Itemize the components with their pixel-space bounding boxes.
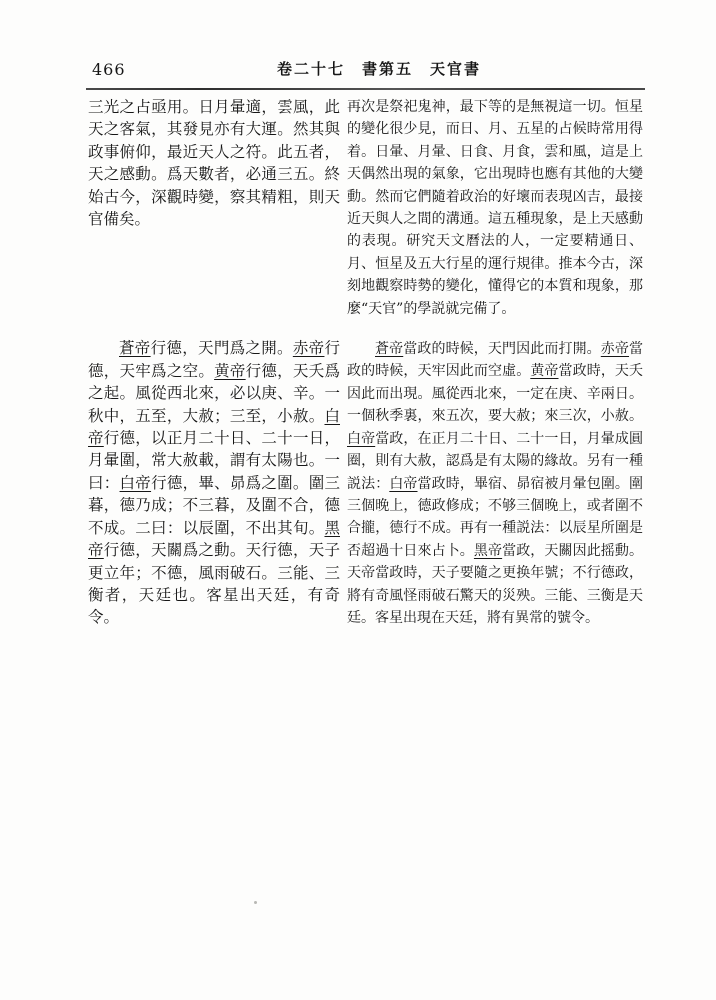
text-line: 月暈圍，常大赦載，謂有太陽也。一 — [88, 449, 340, 471]
text-segment: 行德，天關爲之動。天行德，天子 — [104, 541, 340, 559]
proper-noun-underline: 白 — [324, 407, 340, 425]
proper-noun-underline: 白帝 — [389, 476, 417, 492]
text-line: 説法：白帝當政時，畢宿、昴宿被月暈包圍。圍 — [347, 473, 643, 495]
text-line: 動。然而它們隨着政治的好壞而表現凶吉，最接 — [347, 186, 643, 208]
scan-artifact-dot — [254, 901, 257, 904]
text-line: 再次是祭祀鬼神，最下等的是無視這一切。恒星 — [347, 96, 643, 118]
text-segment: 行 — [324, 339, 340, 357]
paragraph: 三光之占亟用。日月暈適，雲風，此天之客氣，其發見亦有大運。然其與政事俯仰，最近天… — [88, 96, 340, 230]
text-segment: 刻地觀察時勢的變化，懂得它的本質和現象，那 — [347, 278, 643, 294]
original-text-column: 三光之占亟用。日月暈適，雲風，此天之客氣，其發見亦有大運。然其與政事俯仰，最近天… — [88, 96, 340, 629]
text-segment: 天帝當政時，天子要隨之更换年號；不行德政， — [347, 565, 643, 581]
proper-noun-underline: 白帝 — [347, 431, 375, 447]
text-segment: 近天與人之間的溝通。這五種現象，是上天感動 — [347, 211, 643, 227]
text-line: 天之客氣，其發見亦有大運。然其與 — [88, 118, 340, 140]
text-line: 德，天牢爲之空。黄帝行德，天夭爲 — [88, 360, 340, 382]
text-segment: 始古今，深觀時變，察其精粗，則天 — [88, 188, 340, 206]
paragraph: 蒼帝當政的時候，天門因此而打開。赤帝當政的時候，天牢因此而空虛。黄帝當政時，天夭… — [347, 338, 643, 629]
text-line: 將有奇風怪雨破石驚天的災殃。三能、三衡是天 — [347, 585, 643, 607]
text-line: 否超過十日來占卜。黑帝當政，天關因此摇動。 — [347, 540, 643, 562]
text-line: 的表現。研究天文曆法的人，一定要精通日、 — [347, 230, 643, 252]
page-number: 466 — [92, 60, 126, 79]
paragraph: 蒼帝行德，天門爲之開。赤帝行德，天牢爲之空。黄帝行德，天夭爲之起。風從西北來，必… — [88, 337, 340, 628]
text-segment: 再次是祭祀鬼神，最下等的是無視這一切。恒星 — [347, 99, 643, 115]
text-segment: 行德，天門爲之開。 — [151, 339, 293, 357]
text-segment: 因此而出現。風從西北來，一定在庚、辛兩日。 — [347, 386, 643, 402]
text-line: 白帝當政，在正月二十日、二十一日，月暈成圓 — [347, 428, 643, 450]
text-segment: 天之客氣，其發見亦有大運。然其與 — [88, 120, 340, 138]
text-line: 合攏，德行不成。再有一種説法：以辰星所圍是 — [347, 517, 643, 539]
text-segment: 廷。客星出現在天廷，將有異常的號令。 — [347, 610, 599, 626]
text-line: 之起。風從西北來，必以庚、辛。一 — [88, 382, 340, 404]
text-line: 令。 — [88, 606, 340, 628]
text-line: 暮，德乃成；不三暮，及圍不合，德 — [88, 494, 340, 516]
text-line: 不成。二曰：以辰圍，不出其旬。黑 — [88, 517, 340, 539]
text-line: 近天與人之間的溝通。這五種現象，是上天感動 — [347, 208, 643, 230]
proper-noun-underline: 蒼帝 — [119, 339, 151, 357]
text-segment: 當政，天關因此摇動。 — [502, 543, 643, 559]
text-line: 帝行德，以正月二十日、二十一日， — [88, 427, 340, 449]
page-header: 466 卷二十七 書第五 天官書 — [88, 58, 644, 82]
text-segment: 月、恒星及五大行星的運行規律。推本今古，深 — [347, 256, 643, 272]
text-line: 秋中，五至，大赦；三至，小赦。白 — [88, 405, 340, 427]
text-segment: 行德，畢、昴爲之圍。圍三 — [151, 474, 340, 492]
text-segment: 將有奇風怪雨破石驚天的災殃。三能、三衡是天 — [347, 588, 643, 604]
text-line: 政事俯仰，最近天人之符。此五者， — [88, 141, 340, 163]
text-segment: 三光之占亟用。日月暈適，雲風，此 — [88, 98, 340, 116]
text-line: 天偶然出現的氣象，它出現時也應有其他的大變 — [347, 163, 643, 185]
text-segment: 當政時，畢宿、昴宿被月暈包圍。圍 — [418, 476, 644, 492]
text-segment: 動。然而它們隨着政治的好壞而表現凶吉，最接 — [347, 189, 643, 205]
text-segment: 着。日暈、月暈、日食、月食，雲和風，這是上 — [347, 144, 643, 160]
proper-noun-underline: 蒼帝 — [375, 341, 403, 357]
text-line: 政的時候，天牢因此而空虛。黄帝當政時，天夭 — [347, 360, 643, 382]
text-segment: 曰： — [88, 474, 120, 492]
text-segment: 合攏，德行不成。再有一種説法：以辰星所圍是 — [347, 520, 643, 536]
text-segment: 的變化很少見，而日、月、五星的占候時常用得 — [347, 121, 643, 137]
text-segment: 當 — [629, 341, 643, 357]
text-segment: 的表現。研究天文曆法的人，一定要精通日、 — [347, 233, 643, 249]
text-segment: 當政的時候，天門因此而打開。 — [403, 341, 601, 357]
proper-noun-underline: 赤帝 — [601, 341, 629, 357]
text-segment: 行德，以正月二十日、二十一日， — [104, 429, 340, 447]
proper-noun-underline: 黑帝 — [474, 543, 502, 559]
text-segment: 説法： — [347, 476, 389, 492]
text-line: 天帝當政時，天子要隨之更换年號；不行德政， — [347, 562, 643, 584]
text-line: 圈，則有大赦，認爲是有太陽的緣故。另有一種 — [347, 450, 643, 472]
text-line: 更立年；不德，風雨破石。三能、三 — [88, 562, 340, 584]
text-line: 月、恒星及五大行星的運行規律。推本今古，深 — [347, 253, 643, 275]
paragraph: 再次是祭祀鬼神，最下等的是無視這一切。恒星的變化很少見，而日、月、五星的占候時常… — [347, 96, 643, 320]
text-segment: 否超過十日來占卜。 — [347, 543, 474, 559]
text-line: 的變化很少見，而日、月、五星的占候時常用得 — [347, 118, 643, 140]
text-line: 三個晚上，德政修成；不够三個晚上，或者圍不 — [347, 495, 643, 517]
proper-noun-underline: 黄帝 — [214, 362, 246, 380]
text-line: 曰：白帝行德，畢、昴爲之圍。圍三 — [88, 472, 340, 494]
text-segment: 政的時候，天牢因此而空虛。 — [347, 363, 530, 379]
text-line: 刻地觀察時勢的變化，懂得它的本質和現象，那 — [347, 275, 643, 297]
proper-noun-underline: 黑 — [324, 519, 340, 537]
text-segment: 之起。風從西北來，必以庚、辛。一 — [88, 384, 340, 402]
text-segment: 天之感動。爲天數者，必通三五。終 — [88, 165, 340, 183]
text-segment: 更立年；不德，風雨破石。三能、三 — [88, 564, 340, 582]
text-segment: 令。 — [88, 608, 119, 626]
text-segment: 衡者，天廷也。客星出天廷，有奇 — [88, 586, 340, 604]
proper-noun-underline: 赤帝 — [293, 339, 325, 357]
proper-noun-underline: 黄帝 — [530, 363, 558, 379]
text-segment: 三個晚上，德政修成；不够三個晚上，或者圍不 — [347, 498, 643, 514]
text-line: 廷。客星出現在天廷，將有異常的號令。 — [347, 607, 643, 629]
text-line: 蒼帝當政的時候，天門因此而打開。赤帝當 — [347, 338, 643, 360]
text-line: 衡者，天廷也。客星出天廷，有奇 — [88, 584, 340, 606]
text-segment: 圈，則有大赦，認爲是有太陽的緣故。另有一種 — [347, 453, 643, 469]
text-segment: 當政時，天夭 — [559, 363, 644, 379]
proper-noun-underline: 帝 — [88, 541, 104, 559]
text-segment: 當政，在正月二十日、二十一日，月暈成圓 — [375, 431, 643, 447]
book-page: 466 卷二十七 書第五 天官書 三光之占亟用。日月暈適，雲風，此天之客氣，其發… — [0, 0, 716, 1000]
text-line: 官備矣。 — [88, 208, 340, 230]
text-segment: 行德，天夭爲 — [246, 362, 340, 380]
text-segment: 暮，德乃成；不三暮，及圍不合，德 — [88, 496, 340, 514]
proper-noun-underline: 帝 — [88, 429, 104, 447]
text-segment: 秋中，五至，大赦；三至，小赦。 — [88, 407, 324, 425]
text-line: 蒼帝行德，天門爲之開。赤帝行 — [88, 337, 340, 359]
text-line: 三光之占亟用。日月暈適，雲風，此 — [88, 96, 340, 118]
text-line: 着。日暈、月暈、日食、月食，雲和風，這是上 — [347, 141, 643, 163]
text-line: 始古今，深觀時變，察其精粗，則天 — [88, 186, 340, 208]
text-line: 天之感動。爲天數者，必通三五。終 — [88, 163, 340, 185]
text-line: 一個秋季裏，來五次，要大赦；來三次，小赦。 — [347, 405, 643, 427]
text-line: 麼“天官”的學説就完備了。 — [347, 298, 643, 320]
text-line: 因此而出現。風從西北來，一定在庚、辛兩日。 — [347, 383, 643, 405]
text-segment: 麼“天官”的學説就完備了。 — [347, 301, 515, 317]
translation-text-column: 再次是祭祀鬼神，最下等的是無視這一切。恒星的變化很少見，而日、月、五星的占候時常… — [347, 96, 643, 629]
text-segment: 政事俯仰，最近天人之符。此五者， — [88, 143, 340, 161]
text-segment: 官備矣。 — [88, 210, 150, 228]
text-segment: 月暈圍，常大赦載，謂有太陽也。一 — [88, 451, 340, 469]
running-title: 卷二十七 書第五 天官書 — [88, 58, 644, 79]
header-rule — [86, 88, 645, 90]
text-segment: 一個秋季裏，來五次，要大赦；來三次，小赦。 — [347, 408, 643, 424]
text-segment: 不成。二曰：以辰圍，不出其旬。 — [88, 519, 324, 537]
text-line: 帝行德，天關爲之動。天行德，天子 — [88, 539, 340, 561]
proper-noun-underline: 白帝 — [120, 474, 152, 492]
text-segment: 天偶然出現的氣象，它出現時也應有其他的大變 — [347, 166, 643, 182]
text-segment: 德，天牢爲之空。 — [88, 362, 214, 380]
